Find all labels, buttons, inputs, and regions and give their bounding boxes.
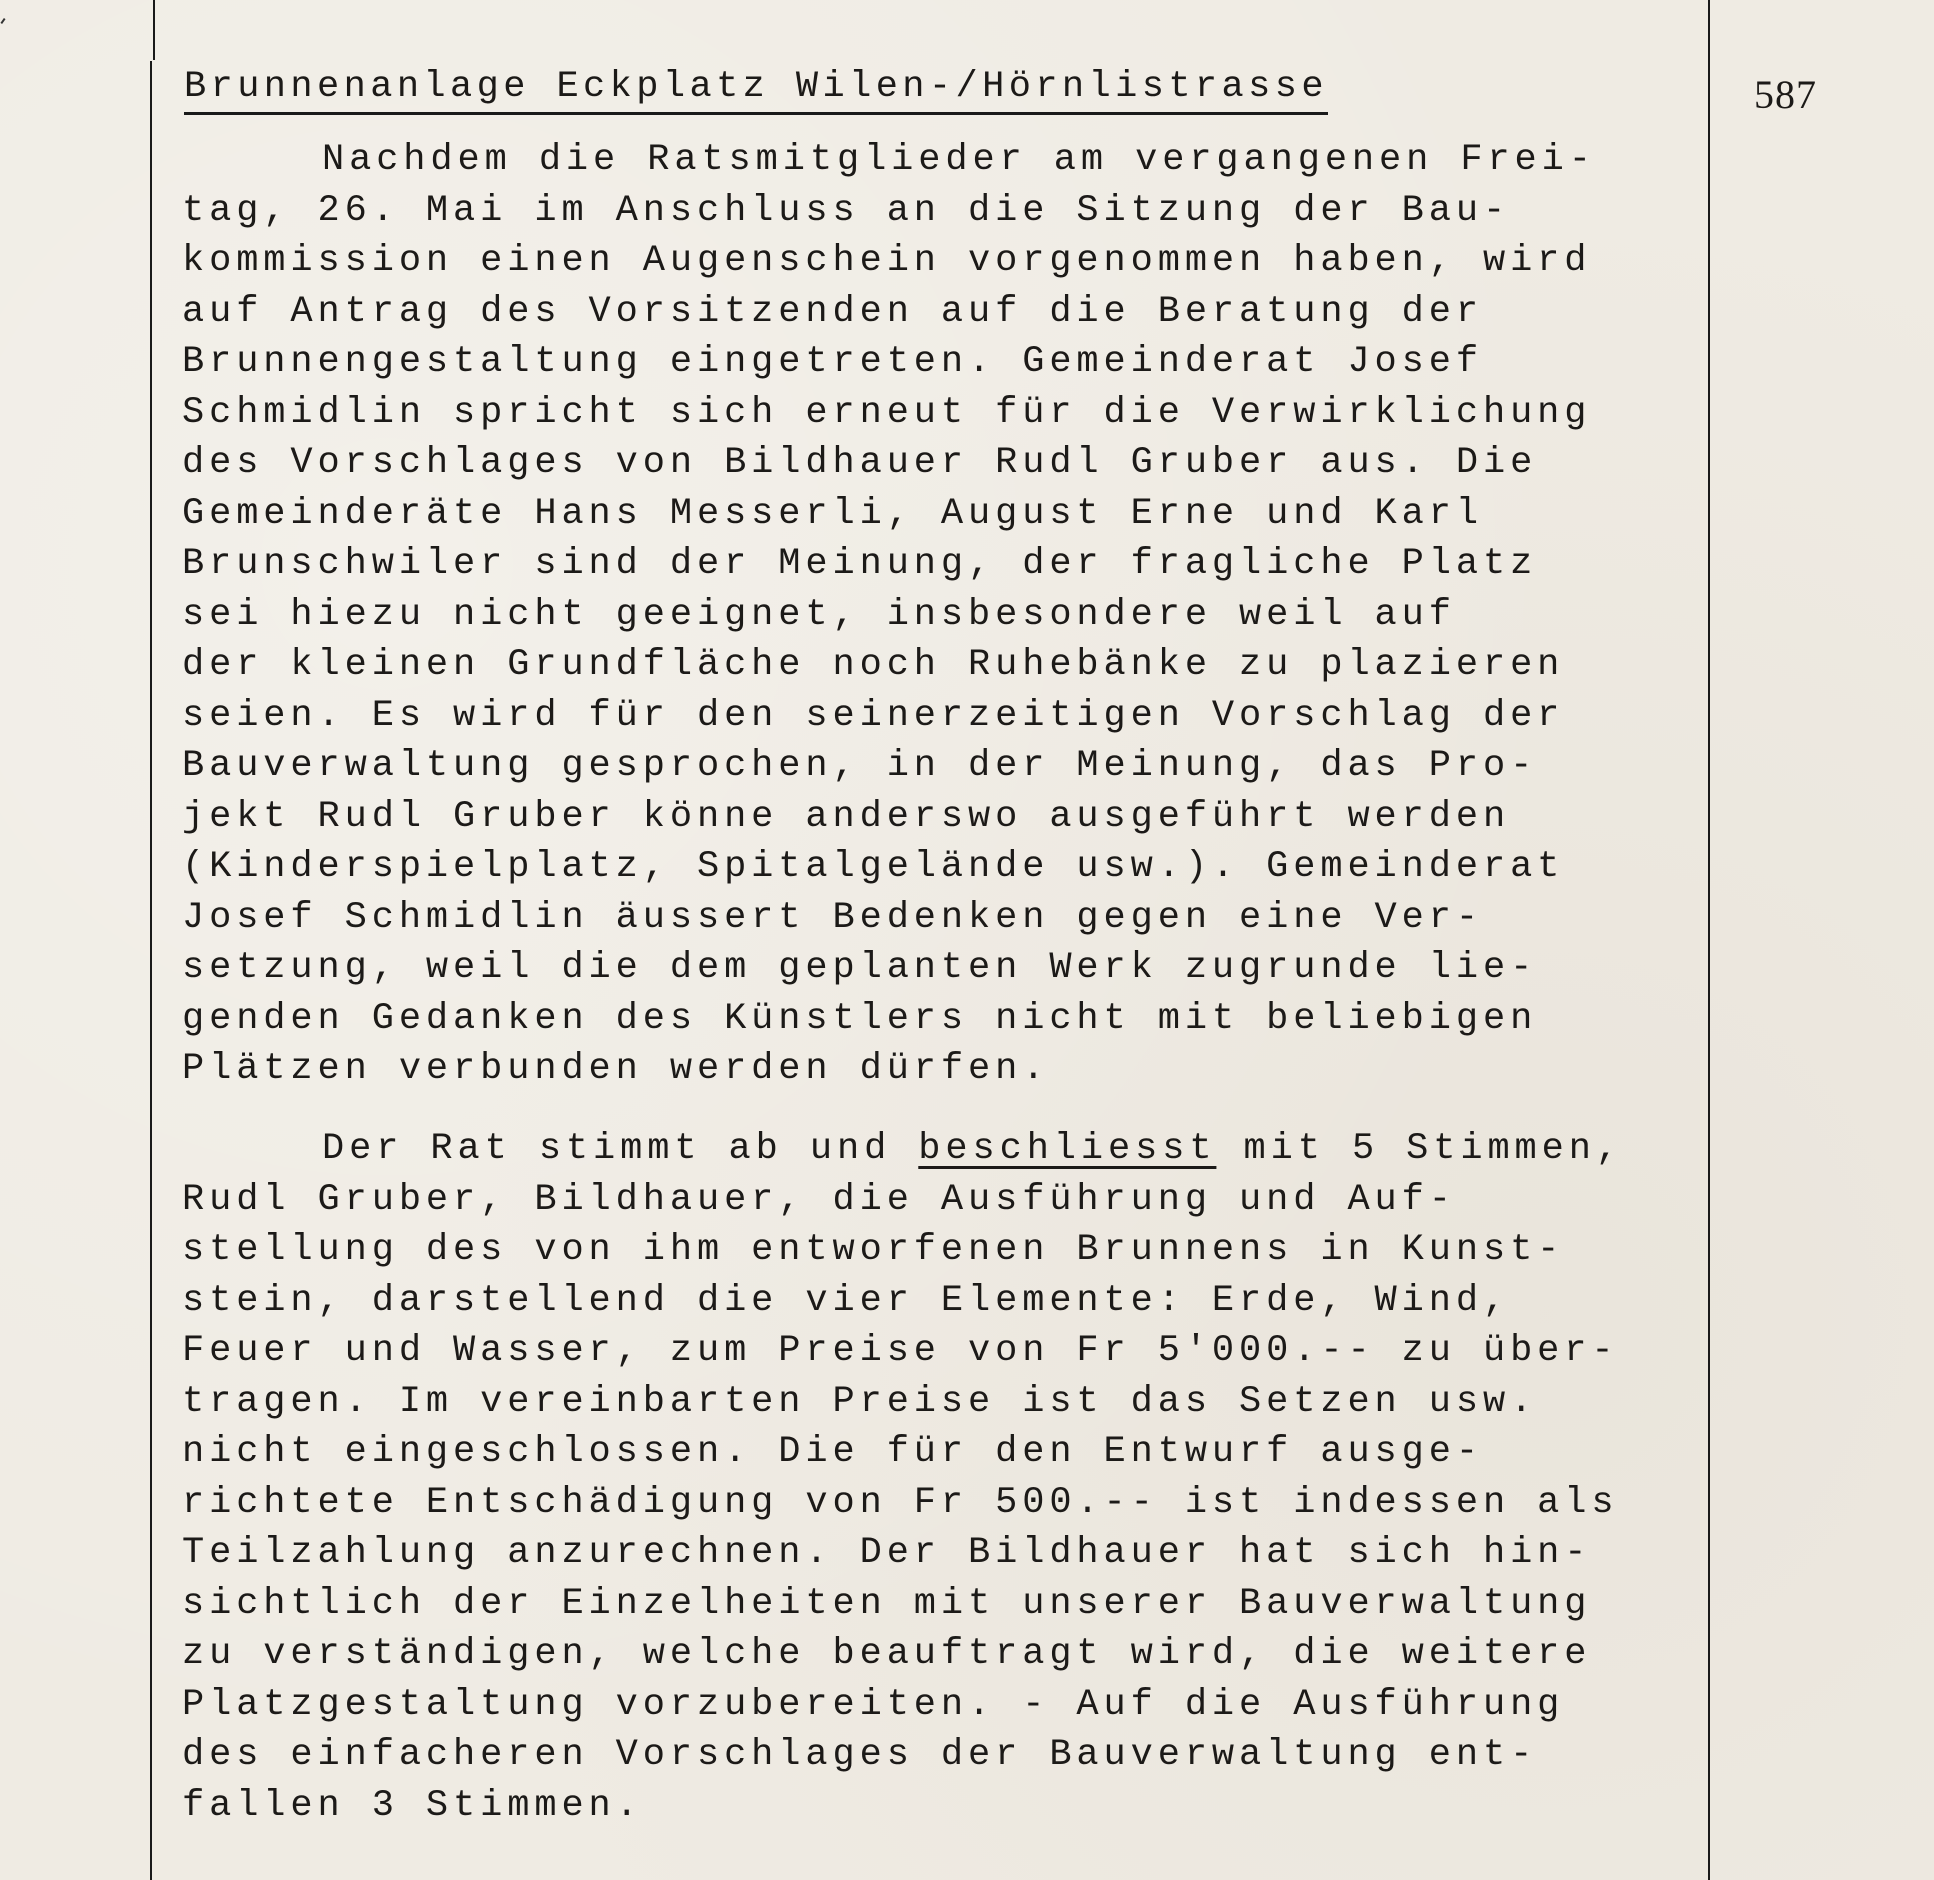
text-line: seien. Es wird für den seinerzeitigen Vo… (182, 691, 1596, 742)
right-margin-rule (1708, 0, 1710, 1880)
page-number: 587 (1754, 70, 1817, 120)
text-run: Der Rat stimmt ab und (322, 1128, 918, 1170)
resolution-line: Der Rat stimmt ab und beschliesst mit 5 … (182, 1124, 1623, 1175)
text-line: zu verständigen, welche beauftragt wird,… (182, 1629, 1623, 1680)
text-line: kommission einen Augenschein vorgenommen… (182, 236, 1596, 287)
text-line: fallen 3 Stimmen. (182, 1781, 1623, 1832)
text-line: der kleinen Grundfläche noch Ruhebänke z… (182, 640, 1596, 691)
text-line: Brunnengestaltung eingetreten. Gemeinder… (182, 337, 1596, 388)
text-line: tag, 26. Mai im Anschluss an die Sitzung… (182, 186, 1596, 237)
text-run: mit 5 Stimmen, (1216, 1128, 1623, 1170)
text-line: tragen. Im vereinbarten Preise ist das S… (182, 1377, 1623, 1428)
left-margin-rule-top (153, 0, 155, 60)
text-line: setzung, weil die dem geplanten Werk zug… (182, 943, 1596, 994)
text-line: Rudl Gruber, Bildhauer, die Ausführung u… (182, 1175, 1623, 1226)
text-line: Plätzen verbunden werden dürfen. (182, 1044, 1596, 1095)
text-line: sichtlich der Einzelheiten mit unserer B… (182, 1579, 1623, 1630)
emphasized-decision: beschliesst (918, 1128, 1216, 1170)
text-line: Nachdem die Ratsmitglieder am vergangene… (182, 135, 1596, 186)
text-line: Schmidlin spricht sich erneut für die Ve… (182, 388, 1596, 439)
text-line: des Vorschlages von Bildhauer Rudl Grube… (182, 438, 1596, 489)
paragraph-2: Der Rat stimmt ab und beschliesst mit 5 … (182, 1124, 1623, 1831)
text-line: genden Gedanken des Künstlers nicht mit … (182, 994, 1596, 1045)
text-line: (Kinderspielplatz, Spitalgelände usw.). … (182, 842, 1596, 893)
text-line: auf Antrag des Vorsitzenden auf die Bera… (182, 287, 1596, 338)
text-line: stein, darstellend die vier Elemente: Er… (182, 1276, 1623, 1327)
text-line: Josef Schmidlin äussert Bedenken gegen e… (182, 893, 1596, 944)
margin-tick-mark (0, 18, 5, 24)
text-line: Gemeinderäte Hans Messerli, August Erne … (182, 489, 1596, 540)
text-line: richtete Entschädigung von Fr 500.-- ist… (182, 1478, 1623, 1529)
text-line: Feuer und Wasser, zum Preise von Fr 5'00… (182, 1326, 1623, 1377)
text-line: nicht eingeschlossen. Die für den Entwur… (182, 1427, 1623, 1478)
text-line: des einfacheren Vorschlages der Bauverwa… (182, 1730, 1623, 1781)
text-line: Bauverwaltung gesprochen, in der Meinung… (182, 741, 1596, 792)
left-margin-rule (150, 61, 152, 1880)
text-line: Platzgestaltung vorzubereiten. - Auf die… (182, 1680, 1623, 1731)
document-title: Brunnenanlage Eckplatz Wilen-/Hörnlistra… (184, 62, 1328, 115)
text-line: stellung des von ihm entworfenen Brunnen… (182, 1225, 1623, 1276)
text-line: Brunschwiler sind der Meinung, der fragl… (182, 539, 1596, 590)
text-line: sei hiezu nicht geeignet, insbesondere w… (182, 590, 1596, 641)
paragraph-1: Nachdem die Ratsmitglieder am vergangene… (182, 135, 1596, 1095)
text-line: Teilzahlung anzurechnen. Der Bildhauer h… (182, 1528, 1623, 1579)
text-line: jekt Rudl Gruber könne anderswo ausgefüh… (182, 792, 1596, 843)
